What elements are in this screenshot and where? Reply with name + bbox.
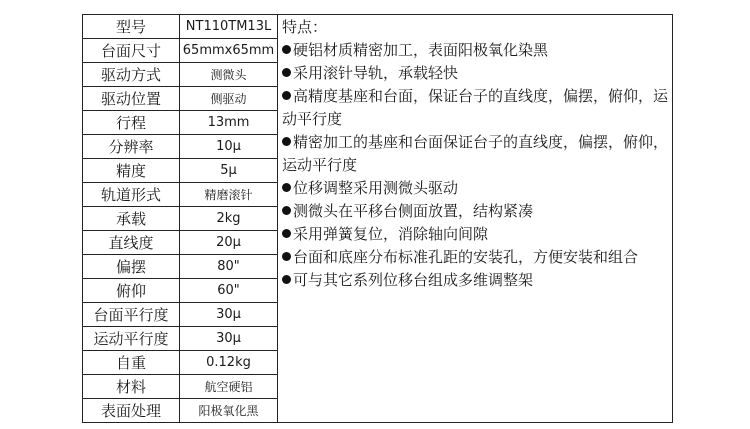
spec-value: 测微头 [180,63,277,86]
spec-value: 0.12kg [180,351,277,374]
feature-item: 硬铝材质精密加工，表面阳极氧化染黑 [282,39,668,62]
spec-value: 65mmx65mm [180,39,277,62]
spec-row-table-parallelism: 台面平行度 30μ [83,303,277,327]
spec-row-accuracy: 精度 5μ [83,159,277,183]
spec-value: 30μ [180,303,277,326]
feature-item: 可与其它系列位移台组成多维调整架 [282,269,668,292]
spec-row-surface-treatment: 表面处理 阳极氧化黑 [83,399,277,422]
spec-row-drive-position: 驱动位置 侧驱动 [83,87,277,111]
bullet-icon [282,275,291,284]
feature-item: 精密加工的基座和台面保证台子的直线度，偏摆，俯仰，运动平行度 [282,131,668,177]
spec-value: NT110TM13L [180,15,277,38]
spec-row-material: 材料 航空硬铝 [83,375,277,399]
spec-row-pitch: 俯仰 60" [83,279,277,303]
bullet-icon [282,206,291,215]
spec-label: 材料 [83,375,180,398]
spec-row-travel: 行程 13mm [83,111,277,135]
spec-value: 阳极氧化黑 [180,399,277,422]
spec-label: 偏摆 [83,255,180,278]
spec-label: 分辨率 [83,135,180,158]
spec-row-yaw: 偏摆 80" [83,255,277,279]
bullet-icon [282,137,291,146]
bullet-icon [282,252,291,261]
bullet-icon [282,68,291,77]
bullet-icon [282,91,291,100]
spec-value: 80" [180,255,277,278]
spec-label: 俯仰 [83,279,180,302]
spec-table: 型号 NT110TM13L 台面尺寸 65mmx65mm 驱动方式 测微头 驱动… [82,14,673,423]
features-panel: 特点： 硬铝材质精密加工，表面阳极氧化染黑 采用滚针导轨，承载轻快 高精度基座和… [278,15,672,422]
spec-label: 精度 [83,159,180,182]
spec-label: 自重 [83,351,180,374]
spec-value: 精磨滚针 [180,183,277,206]
spec-value: 侧驱动 [180,87,277,110]
spec-label: 承载 [83,207,180,230]
bullet-icon [282,45,291,54]
feature-item: 采用弹簧复位，消除轴向间隙 [282,223,668,246]
bullet-icon [282,183,291,192]
spec-value: 20μ [180,231,277,254]
spec-value: 10μ [180,135,277,158]
features-title: 特点： [282,16,668,39]
spec-row-table-size: 台面尺寸 65mmx65mm [83,39,277,63]
spec-label: 型号 [83,15,180,38]
spec-value: 2kg [180,207,277,230]
spec-value: 航空硬铝 [180,375,277,398]
spec-label: 驱动方式 [83,63,180,86]
feature-item: 采用滚针导轨，承载轻快 [282,62,668,85]
spec-label: 表面处理 [83,399,180,422]
spec-label: 驱动位置 [83,87,180,110]
bullet-icon [282,229,291,238]
spec-label: 台面平行度 [83,303,180,326]
spec-list: 型号 NT110TM13L 台面尺寸 65mmx65mm 驱动方式 测微头 驱动… [83,15,278,422]
feature-item: 高精度基座和台面，保证台子的直线度，偏摆，俯仰，运动平行度 [282,85,668,131]
spec-label: 台面尺寸 [83,39,180,62]
spec-row-resolution: 分辨率 10μ [83,135,277,159]
spec-label: 直线度 [83,231,180,254]
feature-item: 测微头在平移台侧面放置，结构紧凑 [282,200,668,223]
spec-value: 60" [180,279,277,302]
spec-row-motion-parallelism: 运动平行度 30μ [83,327,277,351]
spec-value: 30μ [180,327,277,350]
spec-row-drive-type: 驱动方式 测微头 [83,63,277,87]
feature-item: 位移调整采用测微头驱动 [282,177,668,200]
feature-item: 台面和底座分布标准孔距的安装孔，方便安装和组合 [282,246,668,269]
spec-value: 13mm [180,111,277,134]
spec-row-model: 型号 NT110TM13L [83,15,277,39]
spec-label: 轨道形式 [83,183,180,206]
spec-value: 5μ [180,159,277,182]
spec-row-load: 承载 2kg [83,207,277,231]
spec-row-rail-type: 轨道形式 精磨滚针 [83,183,277,207]
spec-label: 行程 [83,111,180,134]
spec-row-straightness: 直线度 20μ [83,231,277,255]
spec-label: 运动平行度 [83,327,180,350]
spec-row-weight: 自重 0.12kg [83,351,277,375]
